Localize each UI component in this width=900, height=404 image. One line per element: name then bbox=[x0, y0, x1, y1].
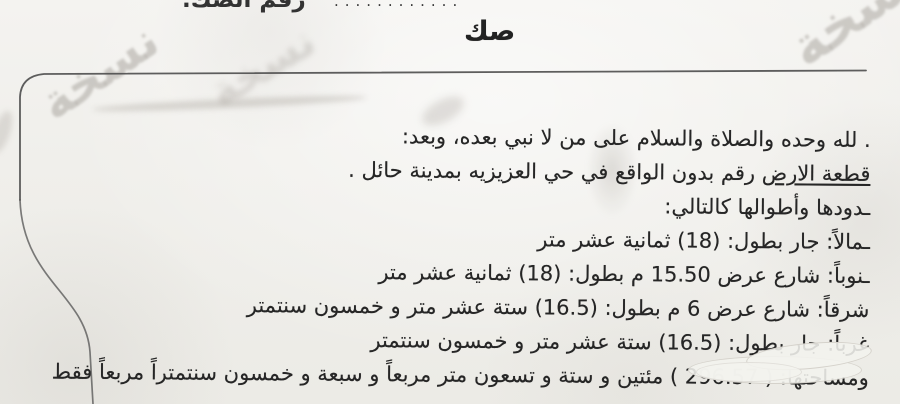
deed-number-label: رقم الصك. bbox=[182, 0, 306, 13]
deed-number-dotted-value: ............ bbox=[334, 0, 463, 10]
scan-smudge bbox=[0, 109, 16, 156]
document-title: صك bbox=[464, 16, 515, 47]
copy-watermark: نسخة bbox=[777, 0, 900, 79]
scanned-deed-document: نسخة نسخة نسخة رقم الصك. ............ صك… bbox=[0, 0, 900, 404]
copy-watermark: نسخة bbox=[30, 12, 170, 131]
copy-watermark: نسخة bbox=[201, 16, 324, 117]
deed-body-text: . لله وحده والصلاة والسلام على من لا نبي… bbox=[19, 116, 871, 395]
text-line-total-area: ومساحتها: ( 296.57 ) مئتين و ستة و تسعون… bbox=[19, 354, 869, 395]
